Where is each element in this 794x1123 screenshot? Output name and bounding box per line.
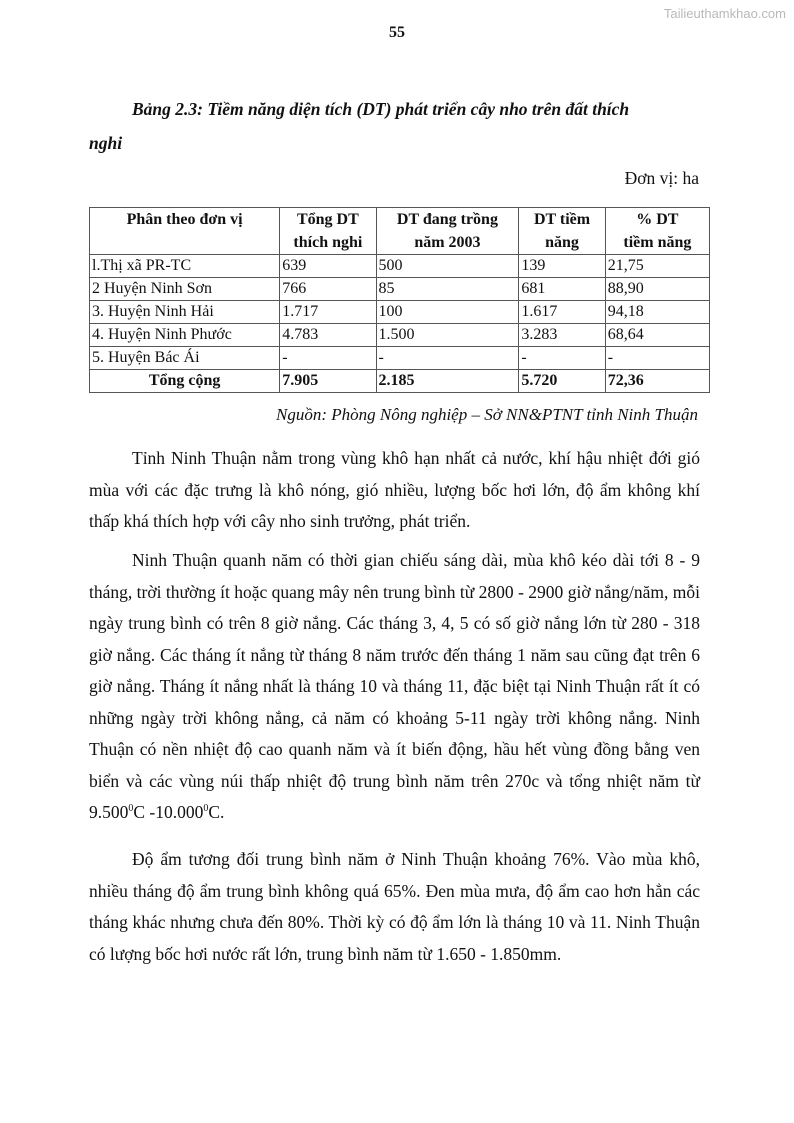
header-label: năm 2003 — [414, 234, 480, 251]
paragraph-humidity: Độ ẩm tương đối trung bình năm ở Ninh Th… — [89, 844, 700, 970]
table-row: 4. Huyện Ninh Phước4.7831.5003.28368,64 — [90, 324, 710, 347]
header-label: tiềm năng — [623, 234, 691, 251]
header-label: năng — [545, 234, 579, 251]
table-row: 5. Huyện Bác Ái---- — [90, 347, 710, 370]
header-label: thích nghi — [293, 234, 362, 251]
cell-unit-name: 4. Huyện Ninh Phước — [90, 324, 280, 347]
page-number: 55 — [0, 24, 794, 42]
paragraph-sunshine: Ninh Thuận quanh năm có thời gian chiếu … — [89, 545, 700, 829]
cell-unit-name: 2 Huyện Ninh Sơn — [90, 278, 280, 301]
cell-unit-name: Tổng cộng — [90, 370, 280, 393]
header-total-suitable: Tổng DT thích nghi — [280, 208, 376, 255]
cell-value: 68,64 — [605, 324, 709, 347]
cell-unit-name: l.Thị xã PR-TC — [90, 255, 280, 278]
cell-value: 766 — [280, 278, 376, 301]
cell-unit-name: 3. Huyện Ninh Hải — [90, 301, 280, 324]
cell-unit-name: 5. Huyện Bác Ái — [90, 347, 280, 370]
potential-area-table: Phân theo đơn vị Tổng DT thích nghi DT đ… — [89, 207, 710, 393]
caption-line-1: Bảng 2.3: Tiềm năng diện tích (DT) phát … — [132, 99, 629, 119]
cell-value: - — [519, 347, 605, 370]
table-row: l.Thị xã PR-TC63950013921,75 — [90, 255, 710, 278]
unit-label: Đơn vị: ha — [625, 168, 699, 189]
cell-value: - — [605, 347, 709, 370]
cell-value: - — [280, 347, 376, 370]
cell-value: 3.283 — [519, 324, 605, 347]
table-row: 3. Huyện Ninh Hải1.7171001.61794,18 — [90, 301, 710, 324]
cell-value: 21,75 — [605, 255, 709, 278]
cell-value: - — [376, 347, 519, 370]
paragraph-climate: Tỉnh Ninh Thuận nằm trong vùng khô hạn n… — [89, 443, 700, 538]
header-planted-2003: DT đang trồng năm 2003 — [376, 208, 519, 255]
paragraph-text: C -10.000 — [133, 802, 203, 822]
cell-value: 2.185 — [376, 370, 519, 393]
cell-value: 639 — [280, 255, 376, 278]
header-unit: Phân theo đơn vị — [90, 208, 280, 255]
table-total-row: Tổng cộng7.9052.1855.72072,36 — [90, 370, 710, 393]
cell-value: 100 — [376, 301, 519, 324]
cell-value: 5.720 — [519, 370, 605, 393]
cell-value: 7.905 — [280, 370, 376, 393]
cell-value: 94,18 — [605, 301, 709, 324]
cell-value: 139 — [519, 255, 605, 278]
table-row: 2 Huyện Ninh Sơn7668568188,90 — [90, 278, 710, 301]
cell-value: 681 — [519, 278, 605, 301]
cell-value: 1.500 — [376, 324, 519, 347]
paragraph-text: C. — [208, 802, 224, 822]
cell-value: 4.783 — [280, 324, 376, 347]
header-label: DT đang trồng — [397, 211, 498, 228]
cell-value: 88,90 — [605, 278, 709, 301]
header-label: Tổng DT — [297, 211, 359, 228]
caption-line-2: nghi — [89, 133, 122, 153]
cell-value: 85 — [376, 278, 519, 301]
header-label: Phân theo đơn vị — [127, 211, 243, 228]
header-label: DT tiềm — [534, 211, 590, 228]
cell-value: 72,36 — [605, 370, 709, 393]
table-header-row: Phân theo đơn vị Tổng DT thích nghi DT đ… — [90, 208, 710, 255]
cell-value: 1.617 — [519, 301, 605, 324]
header-potential-percent: % DT tiềm năng — [605, 208, 709, 255]
paragraph-text: Ninh Thuận quanh năm có thời gian chiếu … — [89, 550, 700, 822]
header-label: % DT — [636, 211, 678, 228]
cell-value: 1.717 — [280, 301, 376, 324]
table-source: Nguồn: Phòng Nông nghiệp – Sở NN&PTNT tỉ… — [276, 405, 698, 425]
watermark: Tailieuthamkhao.com — [664, 6, 786, 21]
header-potential: DT tiềm năng — [519, 208, 605, 255]
cell-value: 500 — [376, 255, 519, 278]
table-caption: Bảng 2.3: Tiềm năng diện tích (DT) phát … — [89, 92, 701, 160]
